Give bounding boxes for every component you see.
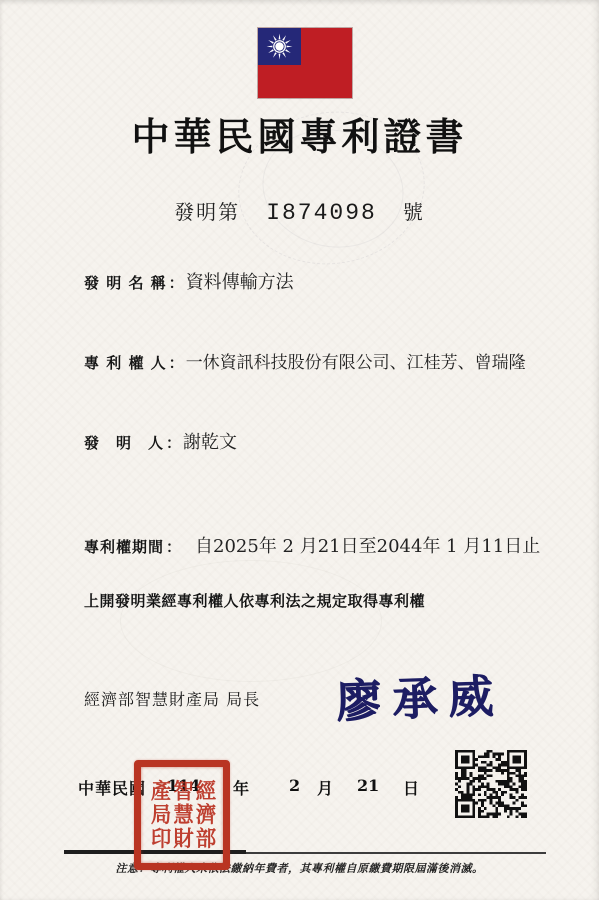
field-inventor: 發 明 人 ： 謝乾文 <box>84 428 237 454</box>
field-value: 資料傳輸方法 <box>186 268 294 294</box>
date-month: 2 <box>289 776 300 795</box>
flag-canton <box>258 28 301 65</box>
field-colon: ： <box>166 432 181 453</box>
field-patentee: 專 利 權 人 ： 一休資訊科技股份有限公司、江桂芳、曾瑞隆 <box>84 348 526 373</box>
official-seal: 經濟部智慧財產局印 <box>134 760 230 870</box>
field-invention-name: 發 明 名 稱 ： 資料傳輸方法 <box>84 268 294 294</box>
field-label: 專利權期間 <box>84 536 164 557</box>
seal-text: 經濟部智慧財產局印 <box>148 779 215 850</box>
field-colon: ： <box>166 536 181 557</box>
patent-number-suffix: 號 <box>403 196 425 225</box>
footer-note: 注意：專利權人未依法繳納年費者，其專利權自原繳費期限屆滿後消滅。 <box>0 860 599 876</box>
legal-statement: 上開發明業經專利權人依專利法之規定取得專利權 <box>84 590 425 611</box>
date-year-unit: 年 <box>233 776 249 799</box>
field-patent-term: 專利權期間 ： 自2025年 2 月21日至2044年 1 月11日止 <box>84 532 540 558</box>
field-value: 一休資訊科技股份有限公司、江桂芳、曾瑞隆 <box>186 348 526 373</box>
field-value: 謝乾文 <box>183 428 237 454</box>
field-colon: ： <box>169 272 184 293</box>
issue-date-row: 中華民國 114 年 2 月 21 日 <box>0 776 599 798</box>
patent-number-prefix: 發明第 <box>174 196 240 225</box>
date-day: 21 <box>357 776 379 795</box>
date-day-unit: 日 <box>403 776 419 799</box>
field-label: 發 明 名 稱 <box>84 272 167 293</box>
patent-number-row: 發明第 I874098 號 <box>0 196 599 226</box>
director-signature: 廖承威 <box>335 659 505 730</box>
sun-icon <box>258 28 301 65</box>
date-month-unit: 月 <box>317 776 333 799</box>
field-label: 發 明 人 <box>84 432 164 453</box>
patent-number: I874098 <box>266 200 377 226</box>
field-label: 專 利 權 人 <box>84 352 167 373</box>
issuer-office-title: 經濟部智慧財產局 局長 <box>84 687 260 710</box>
certificate-title: 中華民國專利證書 <box>0 106 599 161</box>
roc-flag <box>258 28 352 98</box>
field-value: 自2025年 2 月21日至2044年 1 月11日止 <box>195 532 540 558</box>
certificate-page: 中華民國專利證書 發明第 I874098 號 發 明 名 稱 ： 資料傳輸方法 … <box>0 0 599 900</box>
field-colon: ： <box>169 352 184 373</box>
